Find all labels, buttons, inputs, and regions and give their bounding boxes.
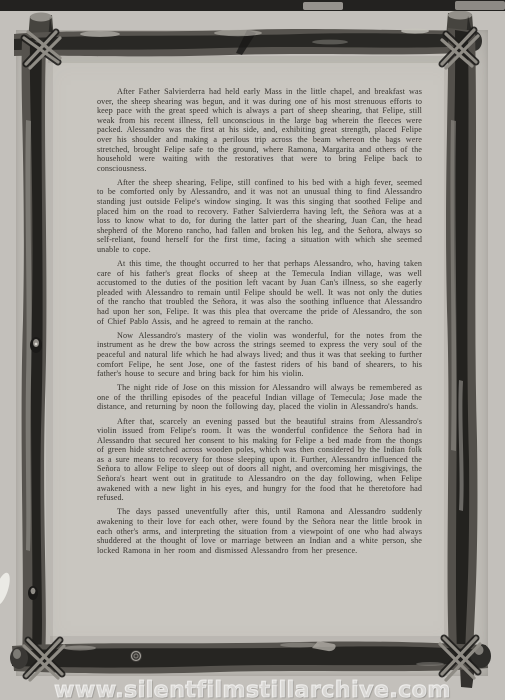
page-scan-edge [0,0,505,11]
page-text: After Father Salvierderra had held early… [97,87,422,560]
paragraph: After that, scarcely an evening passed b… [97,417,422,503]
paragraph: Now Alessandro's mastery of the violin w… [97,331,422,379]
book-page: After Father Salvierderra had held early… [0,0,505,700]
right-branch [446,28,477,658]
paragraph: The days passed uneventfully after this,… [97,507,422,555]
watermark: www.silentfilmstillarchive.com [54,678,451,700]
paragraph: After the sheep shearing, Felipe, still … [97,178,422,255]
paragraph: At this time, the thought occurred to he… [97,259,422,326]
paragraph: The night ride of Jose on this mission f… [97,383,422,412]
left-branch [22,40,47,662]
scan-edge-patch [455,1,505,10]
scan-edge-patch [303,2,343,10]
bottom-branch [10,641,491,674]
paragraph: After Father Salvierderra had held early… [97,87,422,173]
top-branch [14,28,482,56]
